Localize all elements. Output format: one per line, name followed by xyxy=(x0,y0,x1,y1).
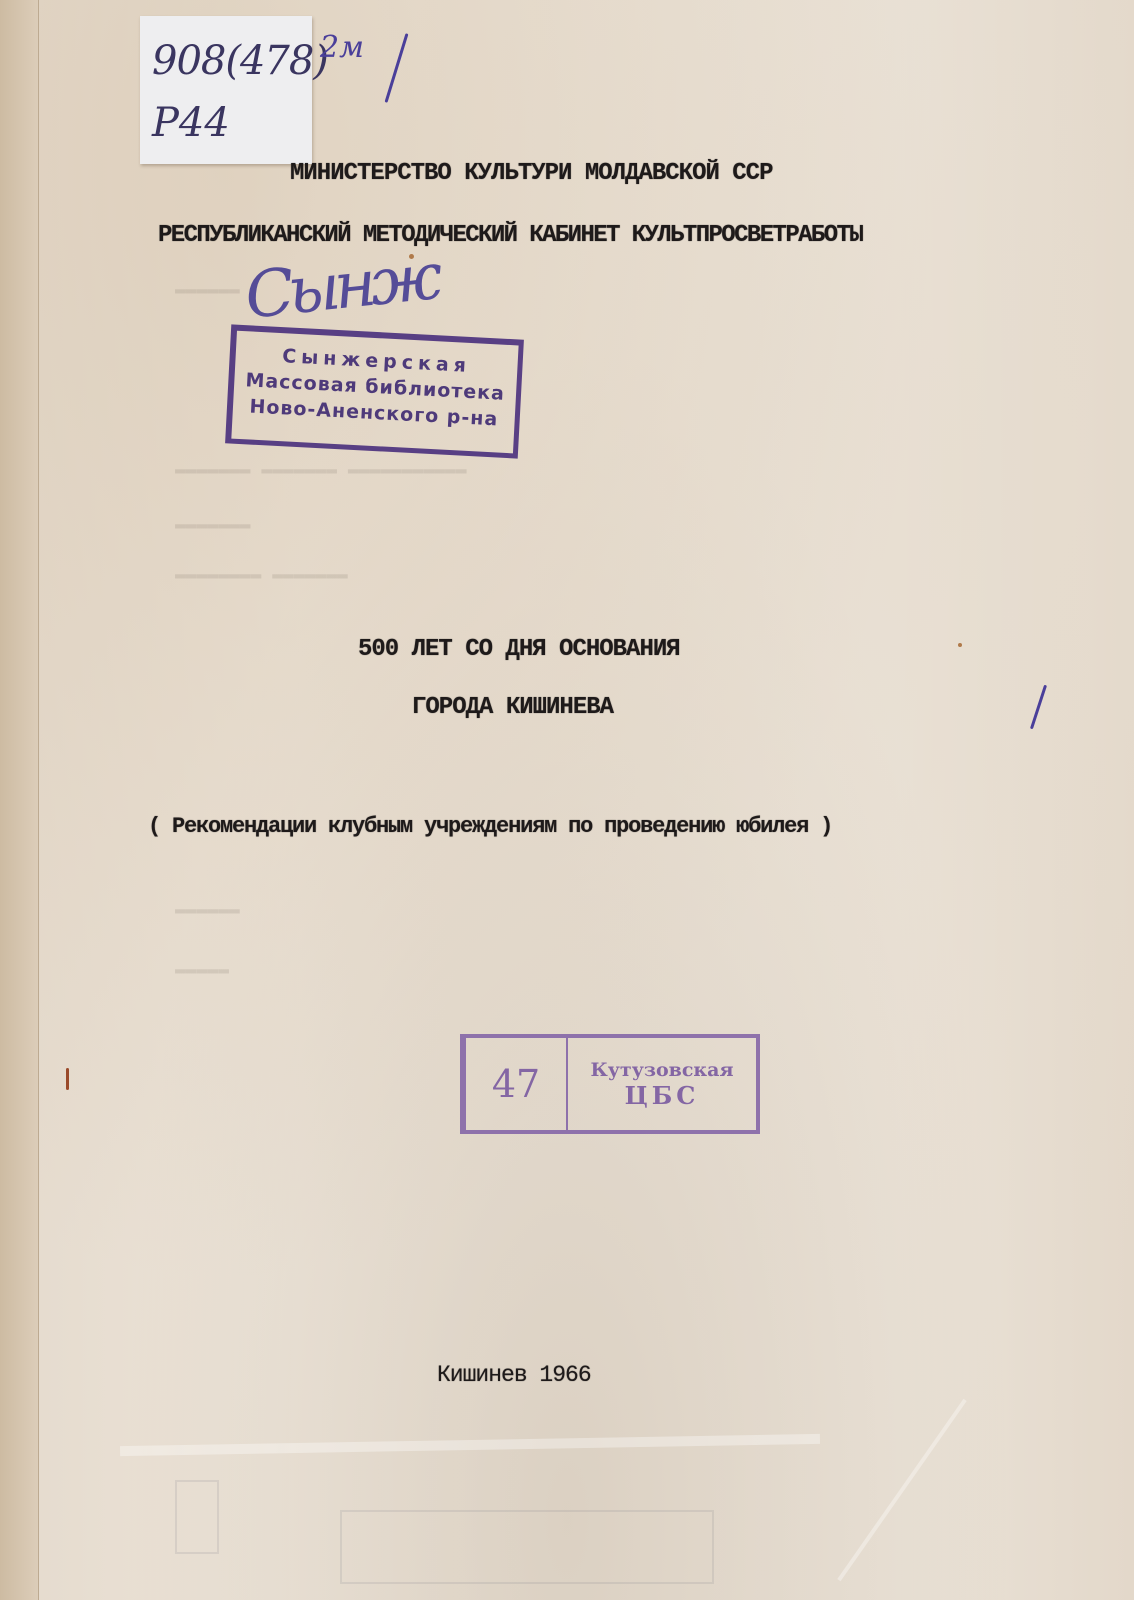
paper-crease xyxy=(120,1434,820,1456)
handwritten-note: 2м xyxy=(320,30,364,65)
inventory-stamp: 47 Кутузовская ЦБС xyxy=(460,1034,760,1134)
bleed-through-box xyxy=(340,1510,714,1584)
paper-crease xyxy=(837,1399,966,1582)
pen-stroke xyxy=(1030,685,1047,730)
library-stamp: Сынжерская Массовая библиотека Ново-Анен… xyxy=(225,324,524,458)
imprint: Кишинев 1966 xyxy=(437,1362,591,1388)
bleed-through-box xyxy=(175,1480,219,1554)
call-number-line2: Р44 xyxy=(152,100,230,146)
title-line2: ГОРОДА КИШИНЕВА xyxy=(412,694,613,721)
bleed-through-text: ▬▬▬▬▬▬▬ xyxy=(175,515,251,535)
pen-stroke xyxy=(385,33,409,103)
bleed-through-text: ▬▬▬▬▬▬▬ ▬▬▬▬▬▬▬ ▬▬▬▬▬▬▬▬▬▬▬ xyxy=(175,460,467,480)
inventory-library-abbr: ЦБС xyxy=(625,1081,700,1110)
inventory-library: Кутузовская ЦБС xyxy=(568,1038,756,1130)
document-page: ▬▬▬▬▬▬ ▬▬▬▬▬▬▬ ▬▬▬▬▬▬▬ ▬▬▬▬▬▬▬▬▬▬▬ ▬▬▬▬▬… xyxy=(0,0,1134,1600)
inventory-number: 47 xyxy=(466,1038,568,1130)
bleed-through-text: ▬▬▬▬▬ xyxy=(175,960,229,980)
call-number-line1: 908(478) xyxy=(152,38,328,84)
stain-spot xyxy=(958,643,962,647)
bleed-through-text: ▬▬▬▬▬▬ xyxy=(175,280,240,300)
stain-mark xyxy=(66,1068,69,1090)
binding-edge xyxy=(0,0,39,1600)
title-line1: 500 ЛЕТ СО ДНЯ ОСНОВАНИЯ xyxy=(358,636,680,663)
bleed-through-text: ▬▬▬▬▬▬ xyxy=(175,900,240,920)
inventory-library-name: Кутузовская xyxy=(590,1059,733,1081)
bleed-through-text: ▬▬▬▬▬▬▬▬ ▬▬▬▬▬▬▬ xyxy=(175,565,348,585)
subtitle: ( Рекомендации клубным учреждениям по пр… xyxy=(148,814,832,839)
signature: Сынж xyxy=(242,240,441,334)
cabinet-heading: РЕСПУБЛИКАНСКИЙ МЕТОДИЧЕСКИЙ КАБИНЕТ КУЛ… xyxy=(158,222,862,249)
ministry-heading: МИНИСТЕРСТВО КУЛЬТУРИ МОЛДАВСКОЙ ССР xyxy=(290,160,772,187)
